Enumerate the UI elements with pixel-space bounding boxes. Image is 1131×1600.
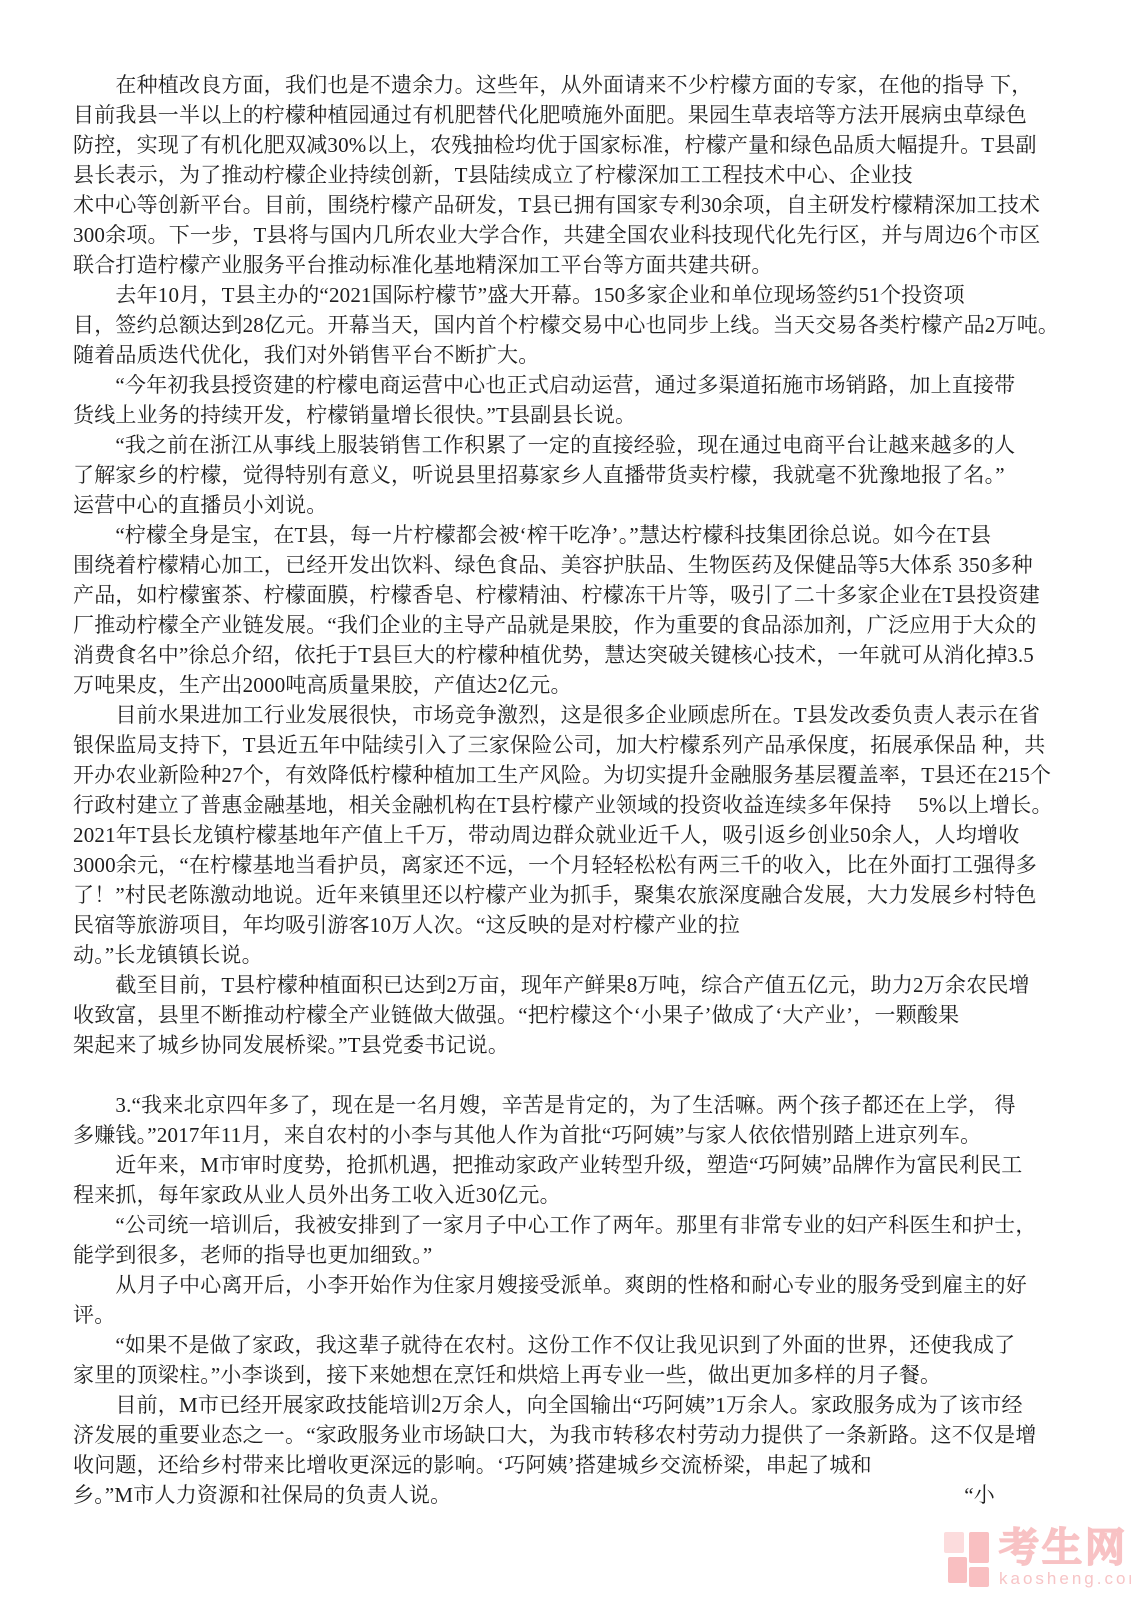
text-line: 多赚钱。”2017年11月，来自农村的小李与其他人作为首批“巧阿姨”与家人依依惜… (73, 1120, 1091, 1150)
text-line: 在种植改良方面，我们也是不遗余力。这些年，从外面请来不少柠檬方面的专家，在他的指… (73, 70, 1091, 100)
text-line: “公司统一培训后，我被安排到了一家月子中心工作了两年。那里有非常专业的妇产科医生… (73, 1210, 1091, 1240)
text-line: 动。”长龙镇镇长说。 (73, 940, 1091, 970)
text-line: 围绕着柠檬精心加工，已经开发出饮料、绿色食品、美容护肤品、生物医药及保健品等5大… (73, 550, 1091, 580)
watermark-site-name: 考生网 (999, 1527, 1131, 1569)
text-line: 济发展的重要业态之一。“家政服务业市场缺口大，为我市转移农村劳动力提供了一条新路… (73, 1420, 1091, 1450)
text-line: 3.“我来北京四年多了，现在是一名月嫂，辛苦是肯定的，为了生活嘛。两个孩子都还在… (73, 1090, 1091, 1120)
text-line: 300余项。下一步，T县将与国内几所农业大学合作，共建全国农业科技现代化先行区，… (73, 220, 1091, 250)
text-line: “今年初我县授资建的柠檬电商运营中心也正式启动运营，通过多渠道拓施市场销路，加上… (73, 370, 1091, 400)
watermark-text: 考生网 kaosheng.com (999, 1527, 1131, 1588)
text-line: 去年10月，T县主办的“2021国际柠檬节”盛大开幕。150多家企业和单位现场签… (73, 280, 1091, 310)
text-line: 万吨果皮，生产出2000吨高质量果胶，产值达2亿元。 (73, 670, 1091, 700)
text-line: 厂推动柠檬全产业链发展。“我们企业的主导产品就是果胶，作为重要的食品添加剂，广泛… (73, 610, 1091, 640)
blank-line (73, 1060, 1091, 1090)
watermark-site-url: kaosheng.com (999, 1570, 1131, 1588)
text-line: “我之前在浙江从事线上服装销售工作积累了一定的直接经验，现在通过电商平台让越来越… (73, 430, 1091, 460)
kaosheng-watermark: 考生网 kaosheng.com (944, 1527, 1131, 1588)
text-line: 产品，如柠檬蜜茶、柠檬面膜，柠檬香皂、柠檬精油、柠檬冻干片等，吸引了二十多家企业… (73, 580, 1091, 610)
document-body: 在种植改良方面，我们也是不遗余力。这些年，从外面请来不少柠檬方面的专家，在他的指… (73, 70, 1091, 1510)
next-paragraph-fragment: “小 (964, 1480, 995, 1510)
text-line: 民宿等旅游项目，年均吸引游客10万人次。“这反映的是对柠檬产业的拉 (73, 910, 1091, 940)
text-line: 目前，M市已经开展家政技能培训2万余人，向全国输出“巧阿姨”1万余人。家政服务成… (73, 1390, 1091, 1420)
text-line: 2021年T县长龙镇柠檬基地年产值上千万，带动周边群众就业近千人，吸引返乡创业5… (73, 820, 1091, 850)
text-line: 货线上业务的持续开发，柠檬销量增长很快。”T县副县长说。 (73, 400, 1091, 430)
text-line: 目，签约总额达到28亿元。开幕当天，国内首个柠檬交易中心也同步上线。当天交易各类… (73, 310, 1091, 340)
text-line: 行政村建立了普惠金融基地，相关金融机构在T县柠檬产业领域的投资收益连续多年保持 … (73, 790, 1091, 820)
kaosheng-logo-icon (944, 1532, 990, 1588)
text-line: 架起来了城乡协同发展桥梁。”T县党委书记说。 (73, 1030, 1091, 1060)
text-line: 了解家乡的柠檬，觉得特别有意义，听说县里招募家乡人直播带货卖柠檬，我就毫不犹豫地… (73, 460, 1091, 490)
text-line: 运营中心的直播员小刘说。 (73, 490, 1091, 520)
text-line: 收问题，还给乡村带来比增收更深远的影响。‘巧阿姨’搭建城乡交流桥梁，串起了城和 (73, 1450, 1091, 1480)
text-line: 了！”村民老陈激动地说。近年来镇里还以柠檬产业为抓手，聚集农旅深度融合发展，大力… (73, 880, 1091, 910)
text-line: 评。 (73, 1300, 1091, 1330)
text-line: 截至目前，T县柠檬种植面积已达到2万亩，现年产鲜果8万吨，综合产值五亿元，助力2… (73, 970, 1091, 1000)
text-line: 收致富，县里不断推动柠檬全产业链做大做强。“把柠檬这个‘小果子’做成了‘大产业’… (73, 1000, 1091, 1030)
text-line: 能学到很多，老师的指导也更加细致。” (73, 1240, 1091, 1270)
text-line: 从月子中心离开后，小李开始作为住家月嫂接受派单。爽朗的性格和耐心专业的服务受到雇… (73, 1270, 1091, 1300)
text-line: 目前我县一半以上的柠檬种植园通过有机肥替代化肥喷施外面肥。果园生草表培等方法开展… (73, 100, 1091, 130)
text-line: 随着品质迭代优化，我们对外销售平台不断扩大。 (73, 340, 1091, 370)
text-line: 开办农业新险种27个，有效降低柠檬种植加工生产风险。为切实提升金融服务基层覆盖率… (73, 760, 1091, 790)
text-line: 程来抓，每年家政从业人员外出务工收入近30亿元。 (73, 1180, 1091, 1210)
text-line: 术中心等创新平台。目前，围绕柠檬产品研发，T县已拥有国家专利30余项，自主研发柠… (73, 190, 1091, 220)
text-line: 目前水果进加工行业发展很快，市场竞争激烈，这是很多企业顾虑所在。T县发改委负责人… (73, 700, 1091, 730)
document-page: 在种植改良方面，我们也是不遗余力。这些年，从外面请来不少柠檬方面的专家，在他的指… (0, 0, 1131, 1600)
text-line: “柠檬全身是宝，在T县，每一片柠檬都会被‘榨干吃净’。”慧达柠檬科技集团徐总说。… (73, 520, 1091, 550)
text-line: 防控，实现了有机化肥双减30%以上，农残抽检均优于国家标准，柠檬产量和绿色品质大… (73, 130, 1091, 160)
text-line: 银保监局支持下，T县近五年中陆续引入了三家保险公司，加大柠檬系列产品承保度，拓展… (73, 730, 1091, 760)
text-line: 家里的顶梁柱。”小李谈到，接下来她想在烹饪和烘焙上再专业一些，做出更加多样的月子… (73, 1360, 1091, 1390)
text-line: 县长表示，为了推动柠檬企业持续创新，T县陆续成立了柠檬深加工工程技术中心、企业技 (73, 160, 1091, 190)
text-line: “如果不是做了家政，我这辈子就待在农村。这份工作不仅让我见识到了外面的世界，还使… (73, 1330, 1091, 1360)
text-line: 乡。”M市人力资源和社保局的负责人说。“小 (73, 1480, 1091, 1510)
text-line: 3000余元，“在柠檬基地当看护员，离家还不远，一个月轻轻松松有两三千的收入，比… (73, 850, 1091, 880)
text-line: 消费食名中”徐总介绍，依托于T县巨大的柠檬种植优势，慧达突破关键核心技术，一年就… (73, 640, 1091, 670)
text-line: 联合打造柠檬产业服务平台推动标准化基地精深加工平台等方面共建共研。 (73, 250, 1091, 280)
text-line: 近年来，M市审时度势，抢抓机遇，把推动家政产业转型升级，塑造“巧阿姨”品牌作为富… (73, 1150, 1091, 1180)
